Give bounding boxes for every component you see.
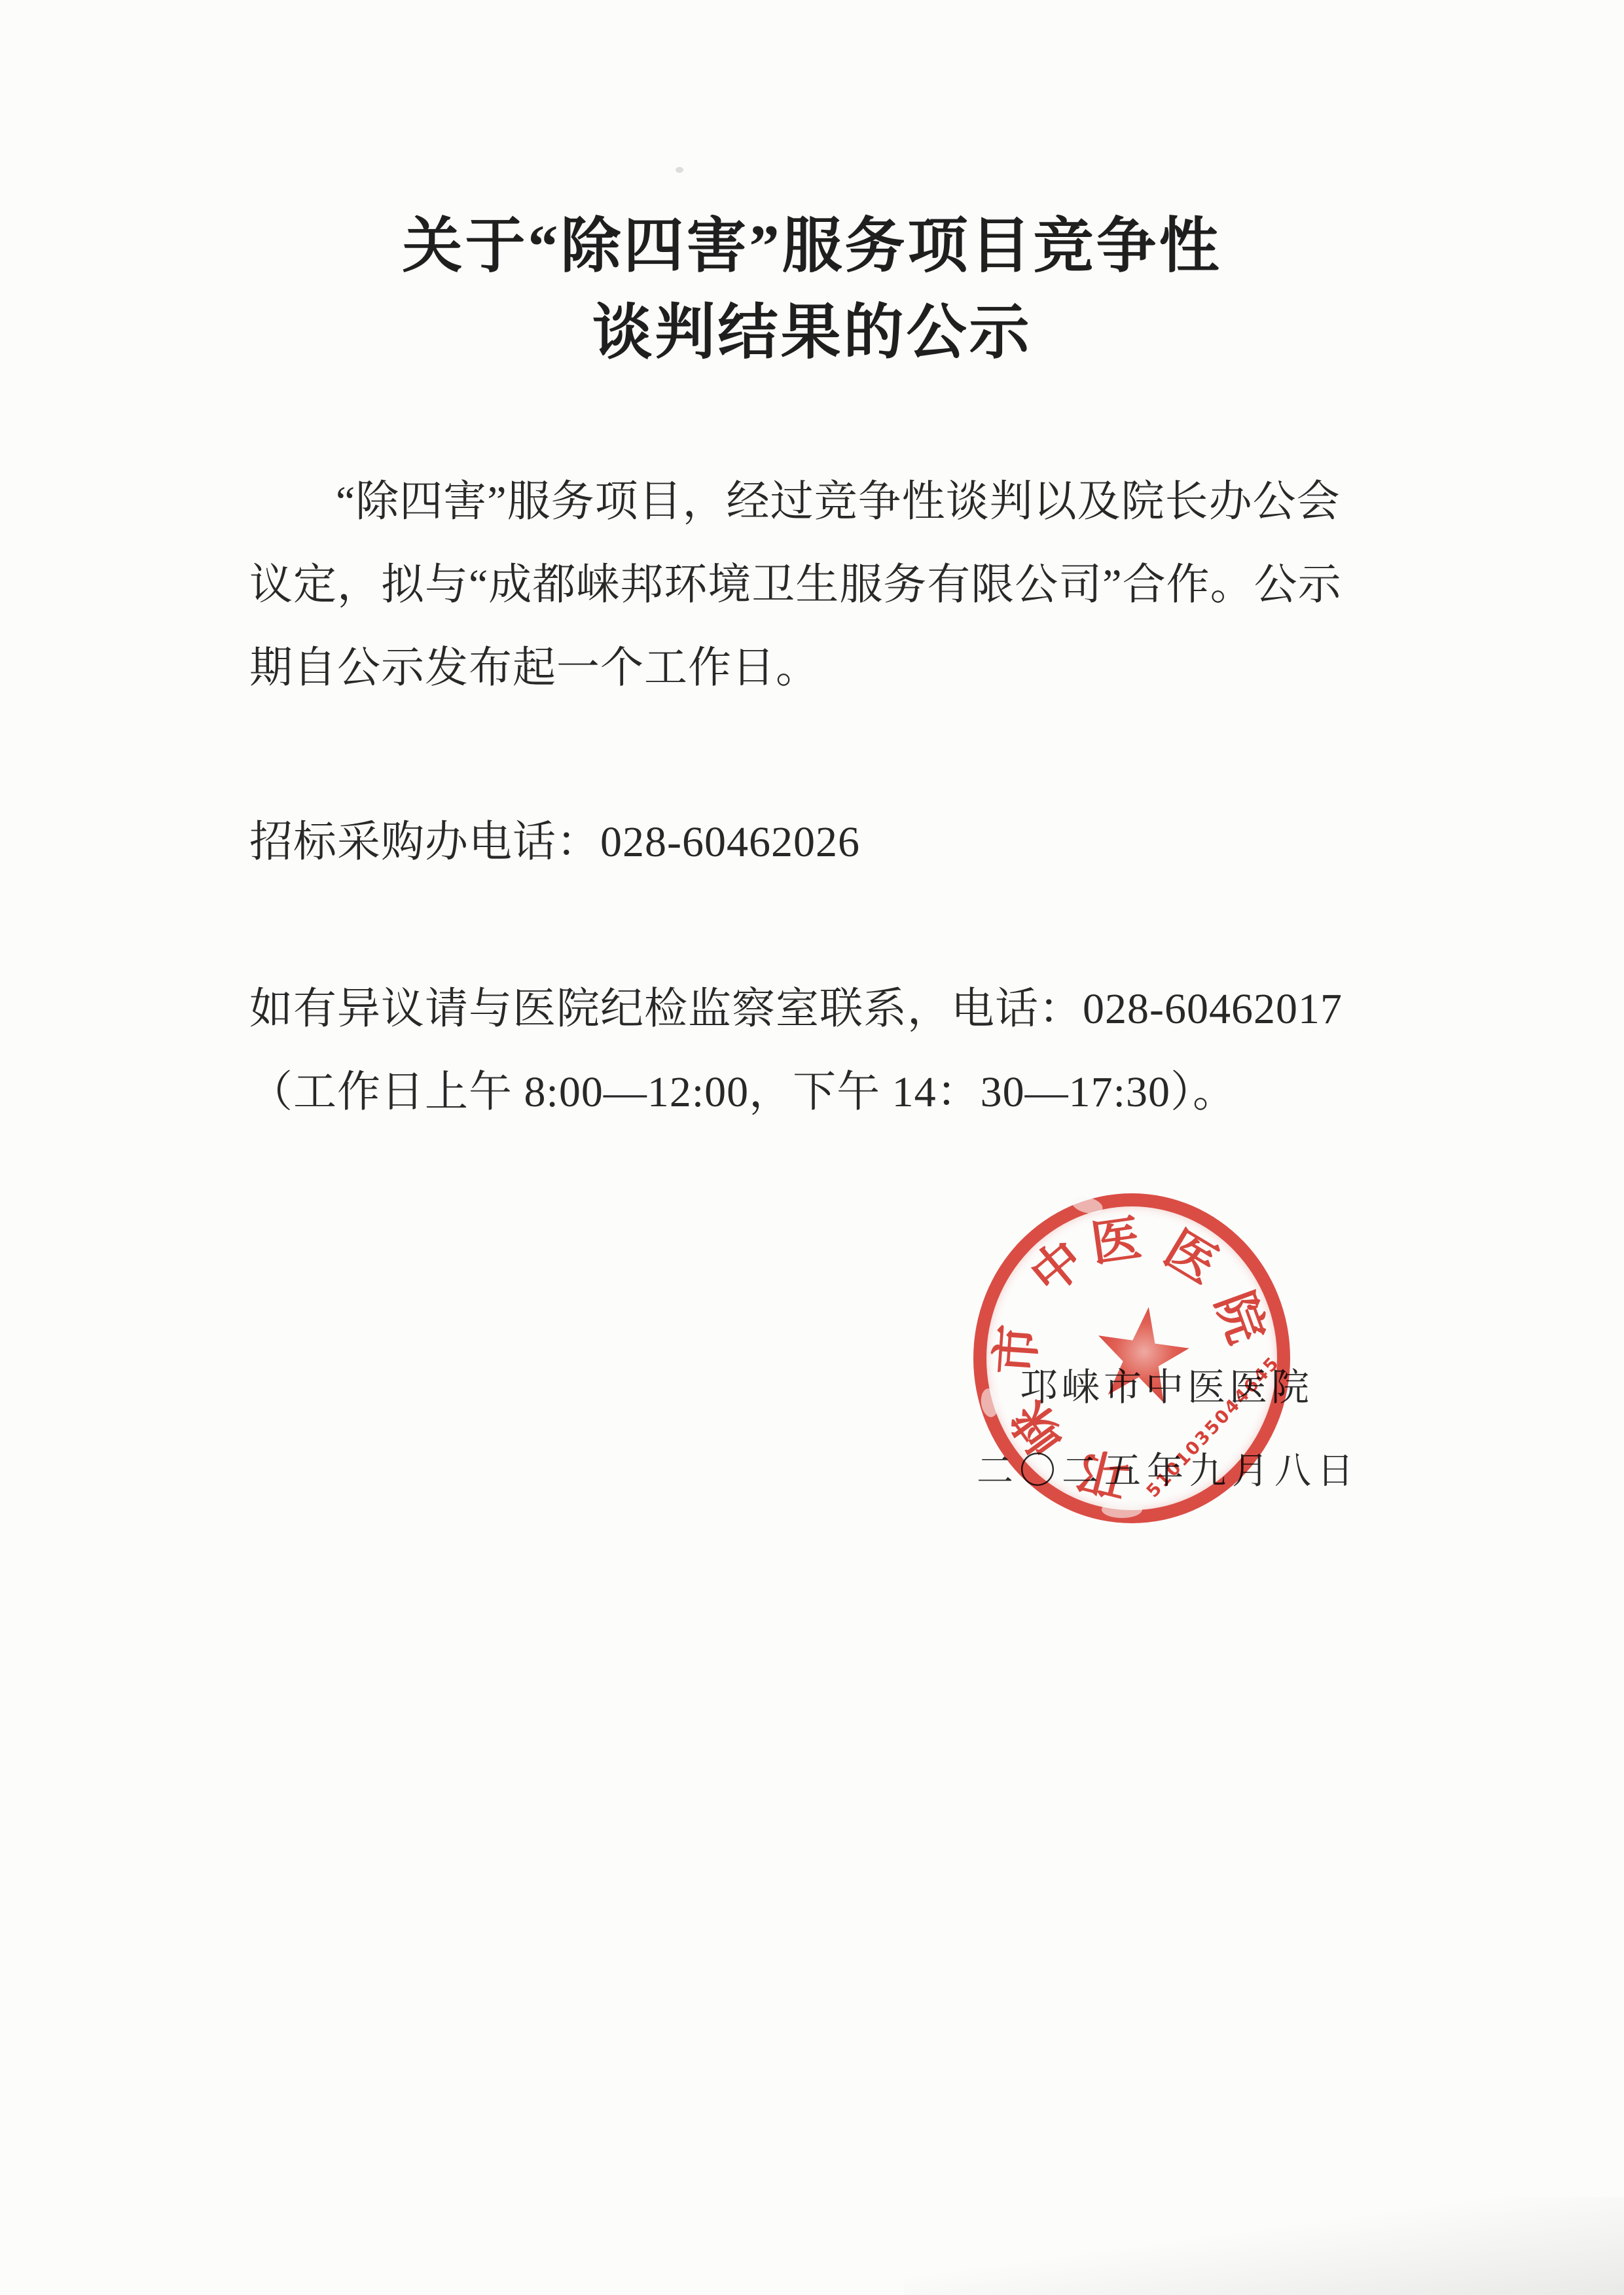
seal-ring-char: 医 <box>1088 1214 1144 1270</box>
seal-wear-patch <box>1102 1501 1142 1518</box>
seal-ring-char: 崃 <box>1004 1393 1074 1462</box>
objection-contact-paragraph: 如有异议请与医院纪检监察室联系，电话：028-60462017 （工作日上午 8… <box>249 967 1388 1134</box>
scan-speck <box>676 167 683 173</box>
seal-ring-char: 医 <box>1157 1223 1225 1292</box>
seal-ring-text: 邛 崃 市 中 医 医 院 <box>973 1193 1290 1523</box>
title-line-1: 关于“除四害”服务项目竞争性 <box>0 203 1624 289</box>
objection-line-2: （工作日上午 8:00—12:00，下午 14：30—17:30）。 <box>249 1051 1388 1134</box>
official-seal-stamp: 邛 崃 市 中 医 医 院 5101035044645 <box>973 1193 1290 1523</box>
seal-ring-char: 院 <box>1208 1286 1271 1349</box>
body-line-1: “除四害”服务项目，经过竞争性谈判以及院长办公会 <box>249 460 1388 543</box>
seal-ring-char: 中 <box>1022 1233 1092 1303</box>
procurement-phone-line: 招标采购办电话：028-60462026 <box>249 801 1388 884</box>
document-page: 关于“除四害”服务项目竞争性 谈判结果的公示 “除四害”服务项目，经过竞争性谈判… <box>0 0 1624 2295</box>
body-line-3: 期自公示发布起一个工作日。 <box>249 626 1388 710</box>
scan-shadow <box>904 2197 1624 2295</box>
body-paragraph: “除四害”服务项目，经过竞争性谈判以及院长办公会 议定，拟与“成都崃邦环境卫生服… <box>249 460 1388 710</box>
title-line-2: 谈判结果的公示 <box>0 289 1624 376</box>
seal-ring-char: 市 <box>990 1323 1043 1376</box>
seal-ring-char: 邛 <box>1074 1443 1134 1503</box>
body-line-2: 议定，拟与“成都崃邦环境卫生服务有限公司”合作。公示 <box>249 543 1388 626</box>
objection-line-1: 如有异议请与医院纪检监察室联系，电话：028-60462017 <box>249 967 1388 1051</box>
document-title: 关于“除四害”服务项目竞争性 谈判结果的公示 <box>0 203 1624 376</box>
